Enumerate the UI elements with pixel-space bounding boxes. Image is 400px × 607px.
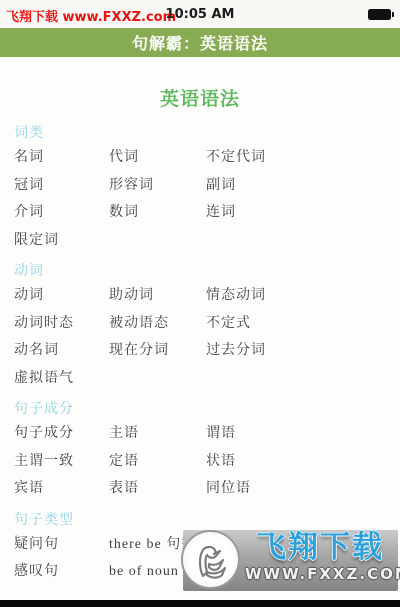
grammar-topic[interactable]: 定语: [109, 448, 206, 476]
grammar-topic[interactable]: 虚拟语气: [14, 365, 109, 393]
grammar-topic[interactable]: 代词: [109, 144, 206, 172]
section-3: 句子成分句子成分主语谓语主谓一致定语状语宾语表语同位语: [14, 398, 400, 503]
grammar-topic[interactable]: 谓语: [206, 420, 400, 448]
grammar-topic[interactable]: 名词: [14, 144, 109, 172]
grammar-topic[interactable]: 形容词: [109, 172, 206, 200]
grammar-topic[interactable]: 限定词: [14, 227, 109, 255]
grammar-sections: 词类名词代词不定代词冠词形容词副词介词数词连词限定词动词动词助动词情态动词动词时…: [0, 122, 400, 586]
grammar-topic[interactable]: 句子成分: [14, 420, 109, 448]
topic-row: 限定词: [14, 227, 400, 255]
app-header: 句解霸：英语语法: [0, 28, 400, 58]
grammar-topic[interactable]: 不定式: [206, 310, 400, 338]
grammar-topic[interactable]: 连词: [206, 199, 400, 227]
section-header: 词类: [14, 122, 400, 144]
grammar-topic[interactable]: 助动词: [109, 282, 206, 310]
grammar-topic[interactable]: 主谓一致: [14, 448, 109, 476]
grammar-topic[interactable]: 被动语态: [109, 310, 206, 338]
grammar-topic[interactable]: 主语: [109, 420, 206, 448]
grammar-index-page: 英语语法 词类名词代词不定代词冠词形容词副词介词数词连词限定词动词动词助动词情态…: [0, 57, 400, 600]
watermark-brand: 飞翔下载: [245, 531, 395, 565]
topic-row: 动词时态被动语态不定式: [14, 310, 400, 338]
grammar-topic[interactable]: 状语: [206, 448, 400, 476]
topic-row: 名词代词不定代词: [14, 144, 400, 172]
section-header: 句子类型: [14, 509, 400, 531]
topic-row: 宾语表语同位语: [14, 475, 400, 503]
clock-time: 10:05 AM: [166, 7, 235, 22]
grammar-topic[interactable]: 冠词: [14, 172, 109, 200]
topic-row: 冠词形容词副词: [14, 172, 400, 200]
grammar-topic[interactable]: 介词: [14, 199, 109, 227]
grammar-topic[interactable]: 动词时态: [14, 310, 109, 338]
topic-row: 句子成分主语谓语: [14, 420, 400, 448]
status-bar: 飞翔下载 www.FXXZ.com 10:05 AM: [0, 0, 400, 28]
grammar-topic[interactable]: 疑问句: [14, 531, 109, 559]
section-1: 词类名词代词不定代词冠词形容词副词介词数词连词限定词: [14, 122, 400, 254]
grammar-topic[interactable]: 同位语: [206, 475, 400, 503]
watermark-url: WWW.FXXZ.COM: [245, 565, 395, 583]
topic-row: 动词助动词情态动词: [14, 282, 400, 310]
grammar-topic[interactable]: 表语: [109, 475, 206, 503]
grammar-topic[interactable]: 动词: [14, 282, 109, 310]
grammar-topic[interactable]: 宾语: [14, 475, 109, 503]
section-header: 句子成分: [14, 398, 400, 420]
section-2: 动词动词助动词情态动词动词时态被动语态不定式动名词现在分词过去分词虚拟语气: [14, 260, 400, 392]
battery-icon: [368, 9, 391, 20]
grammar-topic[interactable]: 动名词: [14, 337, 109, 365]
page-title: 英语语法: [0, 57, 400, 111]
grammar-topic[interactable]: 副词: [206, 172, 400, 200]
watermark-text-block: 飞翔下载 WWW.FXXZ.COM: [245, 531, 395, 583]
grammar-topic[interactable]: 现在分词: [109, 337, 206, 365]
swan-logo-icon: [181, 530, 240, 589]
top-watermark-text: 飞翔下载 www.FXXZ.com: [6, 6, 176, 25]
topic-row: 动名词现在分词过去分词: [14, 337, 400, 365]
section-header: 动词: [14, 260, 400, 282]
bottom-bar: [0, 600, 400, 607]
topic-row: 虚拟语气: [14, 365, 400, 393]
site-watermark-badge: 飞翔下载 WWW.FXXZ.COM: [183, 530, 398, 591]
app-title: 句解霸：英语语法: [132, 31, 268, 54]
grammar-topic[interactable]: 不定代词: [206, 144, 400, 172]
topic-row: 介词数词连词: [14, 199, 400, 227]
grammar-topic[interactable]: 数词: [109, 199, 206, 227]
grammar-topic[interactable]: 过去分词: [206, 337, 400, 365]
grammar-topic[interactable]: 感叹句: [14, 558, 109, 586]
topic-row: 主谓一致定语状语: [14, 448, 400, 476]
grammar-topic[interactable]: 情态动词: [206, 282, 400, 310]
